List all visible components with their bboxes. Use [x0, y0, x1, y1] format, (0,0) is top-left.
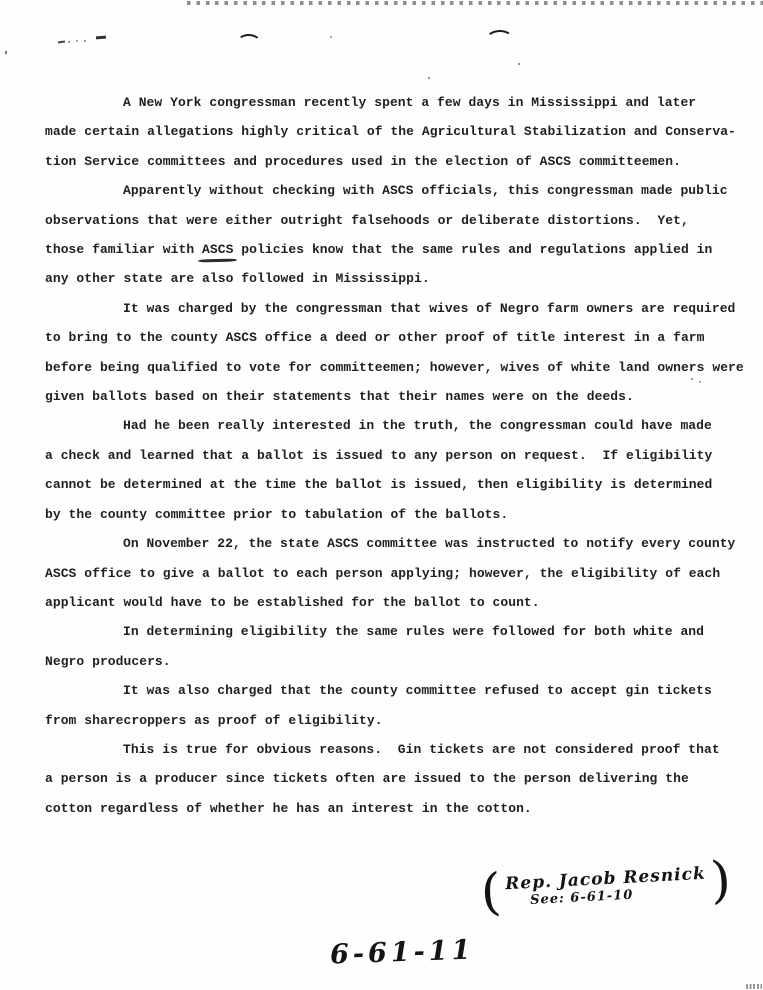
text-line: On November 22, the state ASCS committee… [45, 529, 755, 558]
text-line: ASCS office to give a ballot to each per… [45, 559, 755, 588]
handwritten-annotation: ( Rep. Jacob Resnick See: 6-61-10 ) [480, 854, 732, 917]
text-segment: to bring to the county ASCS office a dee… [45, 330, 705, 345]
text-line: It was also charged that the county comm… [45, 676, 755, 705]
text-line: by the county committee prior to tabulat… [45, 500, 755, 529]
text-segment: cannot be determined at the time the bal… [45, 477, 712, 492]
text-segment: observations that were either outright f… [45, 213, 689, 228]
text-line: Apparently without checking with ASCS of… [45, 176, 755, 205]
text-segment: from sharecroppers as proof of eligibili… [45, 713, 383, 728]
text-segment: a check and learned that a ballot is iss… [45, 448, 712, 463]
text-segment: It was also charged that the county comm… [123, 683, 712, 698]
speck-mark [330, 36, 332, 38]
text-line: before being qualified to vote for commi… [45, 353, 755, 382]
text-line: observations that were either outright f… [45, 206, 755, 235]
perforation-dotted-line [187, 1, 763, 5]
speck-mark [68, 41, 70, 43]
text-segment: policies know that the same rules and re… [241, 242, 712, 257]
text-line: given ballots based on their statements … [45, 382, 755, 411]
close-paren: ) [709, 854, 732, 905]
underlined-text: ASCS [202, 242, 241, 257]
handwritten-page-number: 6-61-11 [330, 934, 475, 970]
text-line: It was charged by the congressman that w… [45, 294, 755, 323]
speck-mark [84, 40, 86, 42]
text-segment: Apparently without checking with ASCS of… [123, 183, 728, 198]
text-segment: by the county committee prior to tabulat… [45, 507, 508, 522]
text-line: In determining eligibility the same rule… [45, 617, 755, 646]
open-paren: ( [479, 867, 502, 918]
text-segment: cotton regardless of whether he has an i… [45, 801, 532, 816]
text-line: A New York congressman recently spent a … [45, 88, 755, 117]
text-line: a person is a producer since tickets oft… [45, 764, 755, 793]
text-line: cotton regardless of whether he has an i… [45, 794, 755, 823]
speck-mark [76, 40, 78, 42]
text-line: any other state are also followed in Mis… [45, 264, 755, 293]
speck-mark [5, 51, 7, 54]
text-segment: any other state are also followed in Mis… [45, 271, 430, 286]
typed-text: A New York congressman recently spent a … [45, 88, 755, 823]
text-line: cannot be determined at the time the bal… [45, 470, 755, 499]
text-line: applicant would have to be established f… [45, 588, 755, 617]
text-segment: On November 22, the state ASCS committee… [123, 536, 735, 551]
text-line: Negro producers. [45, 647, 755, 676]
text-segment: given ballots based on their statements … [45, 389, 634, 404]
annotation-text: Rep. Jacob Resnick See: 6-61-10 [505, 863, 707, 908]
text-segment: A New York congressman recently spent a … [123, 95, 696, 110]
text-segment: made certain allegations highly critical… [45, 124, 736, 139]
text-segment: a person is a producer since tickets oft… [45, 771, 689, 786]
text-line: made certain allegations highly critical… [45, 117, 755, 146]
text-segment: It was charged by the congressman that w… [123, 301, 735, 316]
text-line: to bring to the county ASCS office a dee… [45, 323, 755, 352]
smudge-mark [58, 41, 65, 44]
text-segment: tion Service committees and procedures u… [45, 154, 681, 169]
text-line: a check and learned that a ballot is iss… [45, 441, 755, 470]
document-page: A New York congressman recently spent a … [0, 0, 763, 990]
staple-arc-mark [237, 34, 262, 52]
text-segment: those familiar with [45, 242, 202, 257]
text-line: This is true for obvious reasons. Gin ti… [45, 735, 755, 764]
text-segment: This is true for obvious reasons. Gin ti… [123, 742, 720, 757]
text-segment: Had he been really interested in the tru… [123, 418, 712, 433]
staple-arc-mark [486, 30, 514, 49]
text-line: tion Service committees and procedures u… [45, 147, 755, 176]
smudge-mark [96, 36, 106, 40]
speck-mark [518, 63, 520, 65]
text-segment: Negro producers. [45, 654, 171, 669]
text-segment: applicant would have to be established f… [45, 595, 540, 610]
text-line: Had he been really interested in the tru… [45, 411, 755, 440]
text-segment: before being qualified to vote for commi… [45, 360, 744, 375]
corner-microprint-mark [746, 984, 762, 989]
text-line: from sharecroppers as proof of eligibili… [45, 706, 755, 735]
text-line: those familiar with ASCS policies know t… [45, 235, 755, 264]
speck-mark [428, 77, 430, 79]
text-segment: ASCS office to give a ballot to each per… [45, 566, 720, 581]
text-segment: In determining eligibility the same rule… [123, 624, 704, 639]
